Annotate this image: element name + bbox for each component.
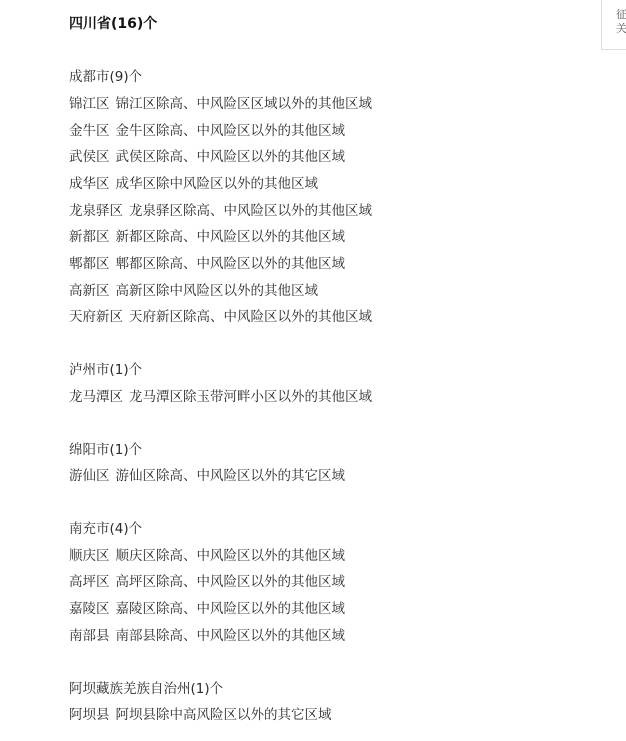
city-heading: 成都市(9)个 (69, 67, 142, 87)
district-name: 武侯区 (69, 149, 110, 165)
district-row: 高坪区高坪区除高、中风险区以外的其他区域 (69, 572, 345, 592)
district-desc: 郫都区除高、中风险区以外的其他区域 (116, 256, 346, 272)
district-name: 游仙区 (69, 468, 110, 484)
district-row: 阿坝县阿坝县除中高风险区以外的其它区域 (69, 705, 332, 725)
district-desc: 成华区除中风险区以外的其他区域 (116, 176, 319, 192)
district-desc: 龙马潭区除玉带河畔小区以外的其他区域 (129, 389, 372, 405)
district-name: 新都区 (69, 229, 110, 245)
district-row: 龙泉驿区龙泉驿区除高、中风险区以外的其他区域 (69, 201, 372, 221)
district-name: 金牛区 (69, 123, 110, 139)
district-name: 龙马潭区 (69, 389, 123, 405)
district-desc: 武侯区除高、中风险区以外的其他区域 (116, 149, 346, 165)
district-name: 高坪区 (69, 574, 110, 590)
district-row: 金牛区金牛区除高、中风险区以外的其他区域 (69, 121, 345, 141)
district-name: 龙泉驿区 (69, 203, 123, 219)
district-row: 锦江区锦江区除高、中风险区区域以外的其他区域 (69, 94, 372, 114)
district-row: 成华区成华区除中风险区以外的其他区域 (69, 174, 318, 194)
district-desc: 南部县除高、中风险区以外的其他区域 (116, 628, 346, 644)
district-desc: 高新区除中风险区以外的其他区域 (116, 283, 319, 299)
district-name: 南部县 (69, 628, 110, 644)
district-desc: 嘉陵区除高、中风险区以外的其他区域 (116, 601, 346, 617)
city-heading: 泸州市(1)个 (69, 360, 142, 380)
district-name: 成华区 (69, 176, 110, 192)
district-row: 高新区高新区除中风险区以外的其他区域 (69, 281, 318, 301)
district-row: 龙马潭区龙马潭区除玉带河畔小区以外的其他区域 (69, 387, 372, 407)
district-desc: 龙泉驿区除高、中风险区以外的其他区域 (129, 203, 372, 219)
district-row: 南部县南部县除高、中风险区以外的其他区域 (69, 626, 345, 646)
district-row: 天府新区天府新区除高、中风险区以外的其他区域 (69, 307, 372, 327)
city-heading: 阿坝藏族羌族自治州(1)个 (69, 679, 223, 699)
district-row: 嘉陵区嘉陵区除高、中风险区以外的其他区域 (69, 599, 345, 619)
district-desc: 天府新区除高、中风险区以外的其他区域 (129, 309, 372, 325)
province-heading: 四川省(16)个 (69, 14, 157, 34)
district-name: 嘉陵区 (69, 601, 110, 617)
district-name: 天府新区 (69, 309, 123, 325)
floating-side-widget[interactable]: 征 关 (601, 0, 626, 50)
city-heading: 南充市(4)个 (69, 519, 142, 539)
district-row: 武侯区武侯区除高、中风险区以外的其他区域 (69, 147, 345, 167)
district-desc: 高坪区除高、中风险区以外的其他区域 (116, 574, 346, 590)
district-row: 顺庆区顺庆区除高、中风险区以外的其他区域 (69, 546, 345, 566)
city-heading: 绵阳市(1)个 (69, 440, 142, 460)
district-desc: 金牛区除高、中风险区以外的其他区域 (116, 123, 346, 139)
district-desc: 顺庆区除高、中风险区以外的其他区域 (116, 548, 346, 564)
district-row: 新都区新都区除高、中风险区以外的其他区域 (69, 227, 345, 247)
district-name: 顺庆区 (69, 548, 110, 564)
district-desc: 阿坝县除中高风险区以外的其它区域 (116, 707, 332, 723)
side-widget-line-1: 征 (616, 8, 626, 22)
district-desc: 锦江区除高、中风险区区域以外的其他区域 (116, 96, 373, 112)
district-name: 高新区 (69, 283, 110, 299)
district-desc: 新都区除高、中风险区以外的其他区域 (116, 229, 346, 245)
district-row: 游仙区游仙区除高、中风险区以外的其它区域 (69, 466, 345, 486)
district-name: 郫都区 (69, 256, 110, 272)
district-name: 锦江区 (69, 96, 110, 112)
district-desc: 游仙区除高、中风险区以外的其它区域 (116, 468, 346, 484)
side-widget-line-2: 关 (616, 22, 626, 36)
district-row: 郫都区郫都区除高、中风险区以外的其他区域 (69, 254, 345, 274)
district-name: 阿坝县 (69, 707, 110, 723)
